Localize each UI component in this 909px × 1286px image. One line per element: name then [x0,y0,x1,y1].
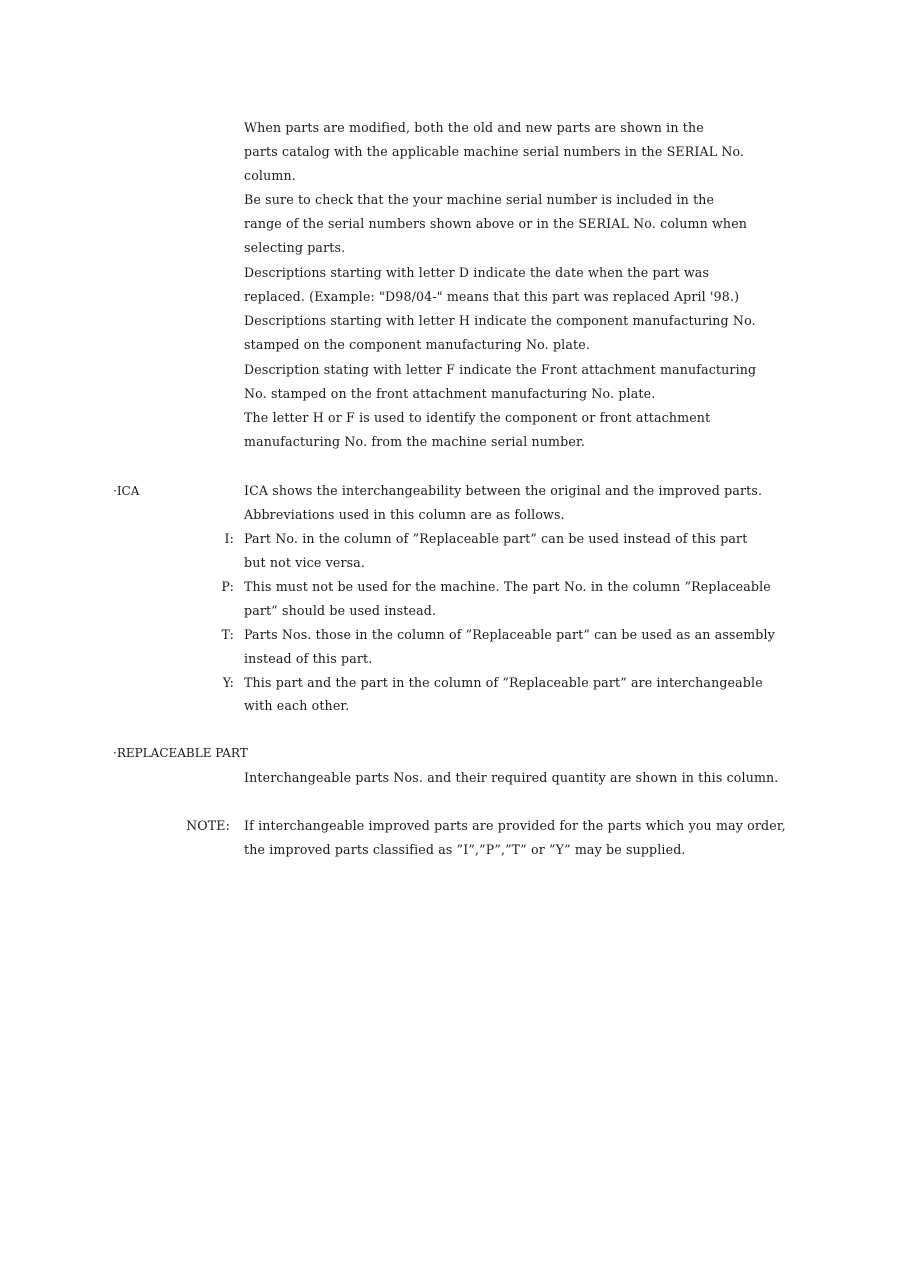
text-line: range of the serial numbers shown above … [244,216,747,232]
text-line: manufacturing No. from the machine seria… [244,434,585,450]
ica-code-i: I: [204,531,234,547]
text-line: Descriptions starting with letter H indi… [244,313,756,329]
text-line: replaced. (Example: "D98/04-" means that… [244,289,739,305]
ica-code-y: Y: [204,675,234,691]
text-line: selecting parts. [244,240,345,256]
text-line: ICA shows the interchangeability between… [244,483,762,499]
text-line: Be sure to check that the your machine s… [244,192,714,208]
text-line: This part and the part in the column of … [244,675,763,691]
text-line: parts catalog with the applicable machin… [244,144,744,160]
text-line: Descriptions starting with letter D indi… [244,265,709,281]
text-line: stamped on the component manufacturing N… [244,337,590,353]
text-line: the improved parts classified as ”I”,”P”… [244,842,686,858]
text-line: If interchangeable improved parts are pr… [244,818,786,834]
text-line: part” should be used instead. [244,603,436,619]
text-line: Interchangeable parts Nos. and their req… [244,770,778,786]
note-label: NOTE: [180,818,230,834]
text-line: Description stating with letter F indica… [244,362,756,378]
text-line: This must not be used for the machine. T… [244,579,771,595]
ica-code-p: P: [204,579,234,595]
section-label-replaceable-part: ·REPLACEABLE PART [113,745,248,761]
text-line: Parts Nos. those in the column of ”Repla… [244,627,775,643]
text-line: column. [244,168,296,184]
text-line: with each other. [244,698,349,714]
text-line: No. stamped on the front attachment manu… [244,386,655,402]
text-line: instead of this part. [244,651,372,667]
text-line: The letter H or F is used to identify th… [244,410,710,426]
text-line: Abbreviations used in this column are as… [244,507,565,523]
document-page: When parts are modified, both the old an… [0,0,909,1286]
ica-code-t: T: [204,627,234,643]
text-line: Part No. in the column of ”Replaceable p… [244,531,747,547]
text-line: When parts are modified, both the old an… [244,120,704,136]
section-label-ica: ·ICA [113,483,139,499]
text-line: but not vice versa. [244,555,365,571]
